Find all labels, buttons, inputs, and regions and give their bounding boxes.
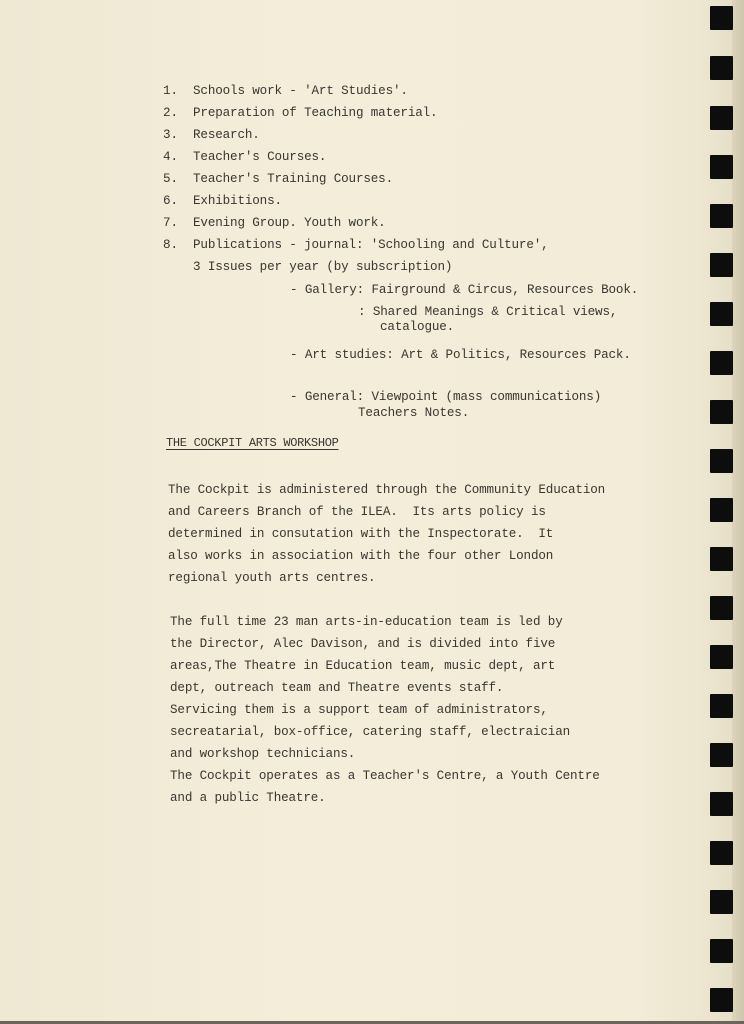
gallery-line-2-cont: catalogue. xyxy=(380,320,454,335)
binding-hole xyxy=(710,56,733,80)
paragraph-line: the Director, Alec Davison, and is divid… xyxy=(170,637,555,652)
gallery-line-2: : Shared Meanings & Critical views, xyxy=(358,305,617,320)
binding-hole xyxy=(710,155,733,179)
paragraph-line: and workshop technicians. xyxy=(170,747,355,762)
list-item: Teacher's Training Courses. xyxy=(193,172,393,187)
journal-issues: 3 Issues per year (by subscription) xyxy=(193,260,452,275)
list-number: 7. xyxy=(163,216,178,231)
list-number: 4. xyxy=(163,150,178,165)
paragraph-line: secreatarial, box-office, catering staff… xyxy=(170,725,570,740)
paragraph-line: Servicing them is a support team of admi… xyxy=(170,703,548,718)
paragraph-line: determined in consutation with the Inspe… xyxy=(168,527,553,542)
binding-hole xyxy=(710,302,733,326)
list-number: 8. xyxy=(163,238,178,253)
art-studies-line: - Art studies: Art & Politics, Resources… xyxy=(290,348,631,363)
list-item: Research. xyxy=(193,128,260,143)
paragraph-line: also works in association with the four … xyxy=(168,549,553,564)
binding-hole xyxy=(710,841,733,865)
list-item: Evening Group. Youth work. xyxy=(193,216,386,231)
paragraph-line: and Careers Branch of the ILEA. Its arts… xyxy=(168,505,546,520)
binding-hole xyxy=(710,988,733,1012)
binding-hole xyxy=(710,351,733,375)
binding-hole xyxy=(710,792,733,816)
list-item: Preparation of Teaching material. xyxy=(193,106,437,121)
binding-hole xyxy=(710,204,733,228)
gallery-line-1: - Gallery: Fairground & Circus, Resource… xyxy=(290,283,638,298)
paragraph-line: regional youth arts centres. xyxy=(168,571,375,586)
binding-hole xyxy=(710,939,733,963)
binding-hole xyxy=(710,547,733,571)
binding-hole xyxy=(710,253,733,277)
binding-hole xyxy=(710,449,733,473)
list-number: 5. xyxy=(163,172,178,187)
spiral-binding xyxy=(710,0,734,1024)
list-number: 1. xyxy=(163,84,178,99)
list-item: Teacher's Courses. xyxy=(193,150,326,165)
binding-hole xyxy=(710,743,733,767)
list-number: 6. xyxy=(163,194,178,209)
paragraph-line: dept, outreach team and Theatre events s… xyxy=(170,681,503,696)
binding-hole xyxy=(710,106,733,130)
binding-hole xyxy=(710,890,733,914)
binding-hole xyxy=(710,694,733,718)
binding-hole xyxy=(710,596,733,620)
binding-hole xyxy=(710,6,733,30)
list-number: 3. xyxy=(163,128,178,143)
binding-hole xyxy=(710,645,733,669)
general-line: - General: Viewpoint (mass communication… xyxy=(290,390,601,405)
list-item: Exhibitions. xyxy=(193,194,282,209)
list-item: Publications - journal: 'Schooling and C… xyxy=(193,238,549,253)
paragraph-line: The full time 23 man arts-in-education t… xyxy=(170,615,563,630)
list-number: 2. xyxy=(163,106,178,121)
section-heading: THE COCKPIT ARTS WORKSHOP xyxy=(166,436,339,451)
general-line-cont: Teachers Notes. xyxy=(358,406,469,421)
paragraph-line: and a public Theatre. xyxy=(170,791,326,806)
binding-hole xyxy=(710,400,733,424)
paragraph-line: The Cockpit is administered through the … xyxy=(168,483,605,498)
paragraph-line: The Cockpit operates as a Teacher's Cent… xyxy=(170,769,600,784)
list-item: Schools work - 'Art Studies'. xyxy=(193,84,408,99)
paragraph-line: areas,The Theatre in Education team, mus… xyxy=(170,659,555,674)
binding-hole xyxy=(710,498,733,522)
